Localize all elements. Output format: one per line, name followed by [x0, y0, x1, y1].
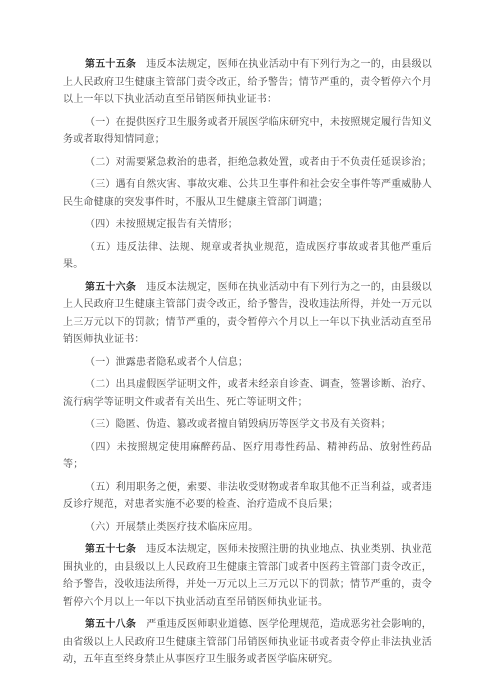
paragraph-text: （五）利用职务之便，索要、非法收受财物或者牟取其他不正当利益，或者违反诊疗规范，…: [63, 482, 432, 511]
article-56-lead-paragraph: 第五十六条 违反本法规定，医师在执业活动中有下列行为之一的，由县级以上人民政府卫…: [63, 279, 432, 349]
paragraph-text: （四）未按照规定使用麻醉药品、医疗用毒性药品、精神药品、放射性药品等；: [63, 442, 432, 471]
article-58-paragraph: 第五十八条 严重违反医师职业道德、医学伦理规范，造成恶劣社会影响的，由省级以上人…: [63, 616, 432, 669]
article-55-item-4: （四）未按照规定报告有关情形；: [63, 216, 432, 234]
paragraph-text: （二）对需要紧急救治的患者，拒绝急救处置，或者由于不负责任延误诊治；: [85, 157, 432, 168]
paragraph-text: （四）未按照规定报告有关情形；: [85, 219, 238, 230]
article-57-paragraph: 第五十七条 违反本法规定，医师未按照注册的执业地点、执业类别、执业范围执业的，由…: [63, 541, 432, 611]
article-56-item-1: （一）泄露患者隐私或者个人信息；: [63, 354, 432, 372]
article-55-item-1: （一）在提供医疗卫生服务或者开展医学临床研究中，未按照规定履行告知义务或者取得知…: [63, 114, 432, 149]
article-55-item-2: （二）对需要紧急救治的患者，拒绝急救处置，或者由于不负责任延误诊治；: [63, 154, 432, 172]
article-57-number: 第五十七条: [85, 544, 136, 555]
document-page: 第五十五条 违反本法规定，医师在执业活动中有下列行为之一的，由县级以上人民政府卫…: [0, 0, 494, 700]
paragraph-text: （一）泄露患者隐私或者个人信息；: [85, 357, 248, 368]
article-56-item-5: （五）利用职务之便，索要、非法收受财物或者牟取其他不正当利益，或者违反诊疗规范，…: [63, 479, 432, 514]
paragraph-text: （五）违反法律、法规、规章或者执业规范，造成医疗事故或者其他严重后果。: [63, 242, 432, 271]
article-55-lead-paragraph: 第五十五条 违反本法规定，医师在执业活动中有下列行为之一的，由县级以上人民政府卫…: [63, 56, 432, 109]
paragraph-text: （三）隐匿、伪造、篡改或者擅自销毁病历等医学文书及有关资料；: [85, 419, 391, 430]
paragraph-text: （三）遇有自然灾害、事故灾难、公共卫生事件和社会安全事件等严重威胁人民生命健康的…: [63, 179, 432, 208]
article-56-item-4: （四）未按照规定使用麻醉药品、医疗用毒性药品、精神药品、放射性药品等；: [63, 439, 432, 474]
article-55-item-3: （三）遇有自然灾害、事故灾难、公共卫生事件和社会安全事件等严重威胁人民生命健康的…: [63, 176, 432, 211]
article-55-item-5: （五）违反法律、法规、规章或者执业规范，造成医疗事故或者其他严重后果。: [63, 239, 432, 274]
article-56-item-3: （三）隐匿、伪造、篡改或者擅自销毁病历等医学文书及有关资料；: [63, 416, 432, 434]
article-56-item-6: （六）开展禁止类医疗技术临床应用。: [63, 519, 432, 537]
paragraph-text: （一）在提供医疗卫生服务或者开展医学临床研究中，未按照规定履行告知义务或者取得知…: [63, 117, 432, 146]
paragraph-text: （二）出具虚假医学证明文件，或者未经亲自诊查、调查，签署诊断、治疗、流行病学等证…: [63, 379, 432, 408]
article-56-item-2: （二）出具虚假医学证明文件，或者未经亲自诊查、调查，签署诊断、治疗、流行病学等证…: [63, 376, 432, 411]
paragraph-text: （六）开展禁止类医疗技术临床应用。: [85, 522, 258, 533]
article-55-number: 第五十五条: [85, 59, 136, 70]
article-56-number: 第五十六条: [85, 282, 136, 293]
article-58-number: 第五十八条: [85, 619, 136, 630]
